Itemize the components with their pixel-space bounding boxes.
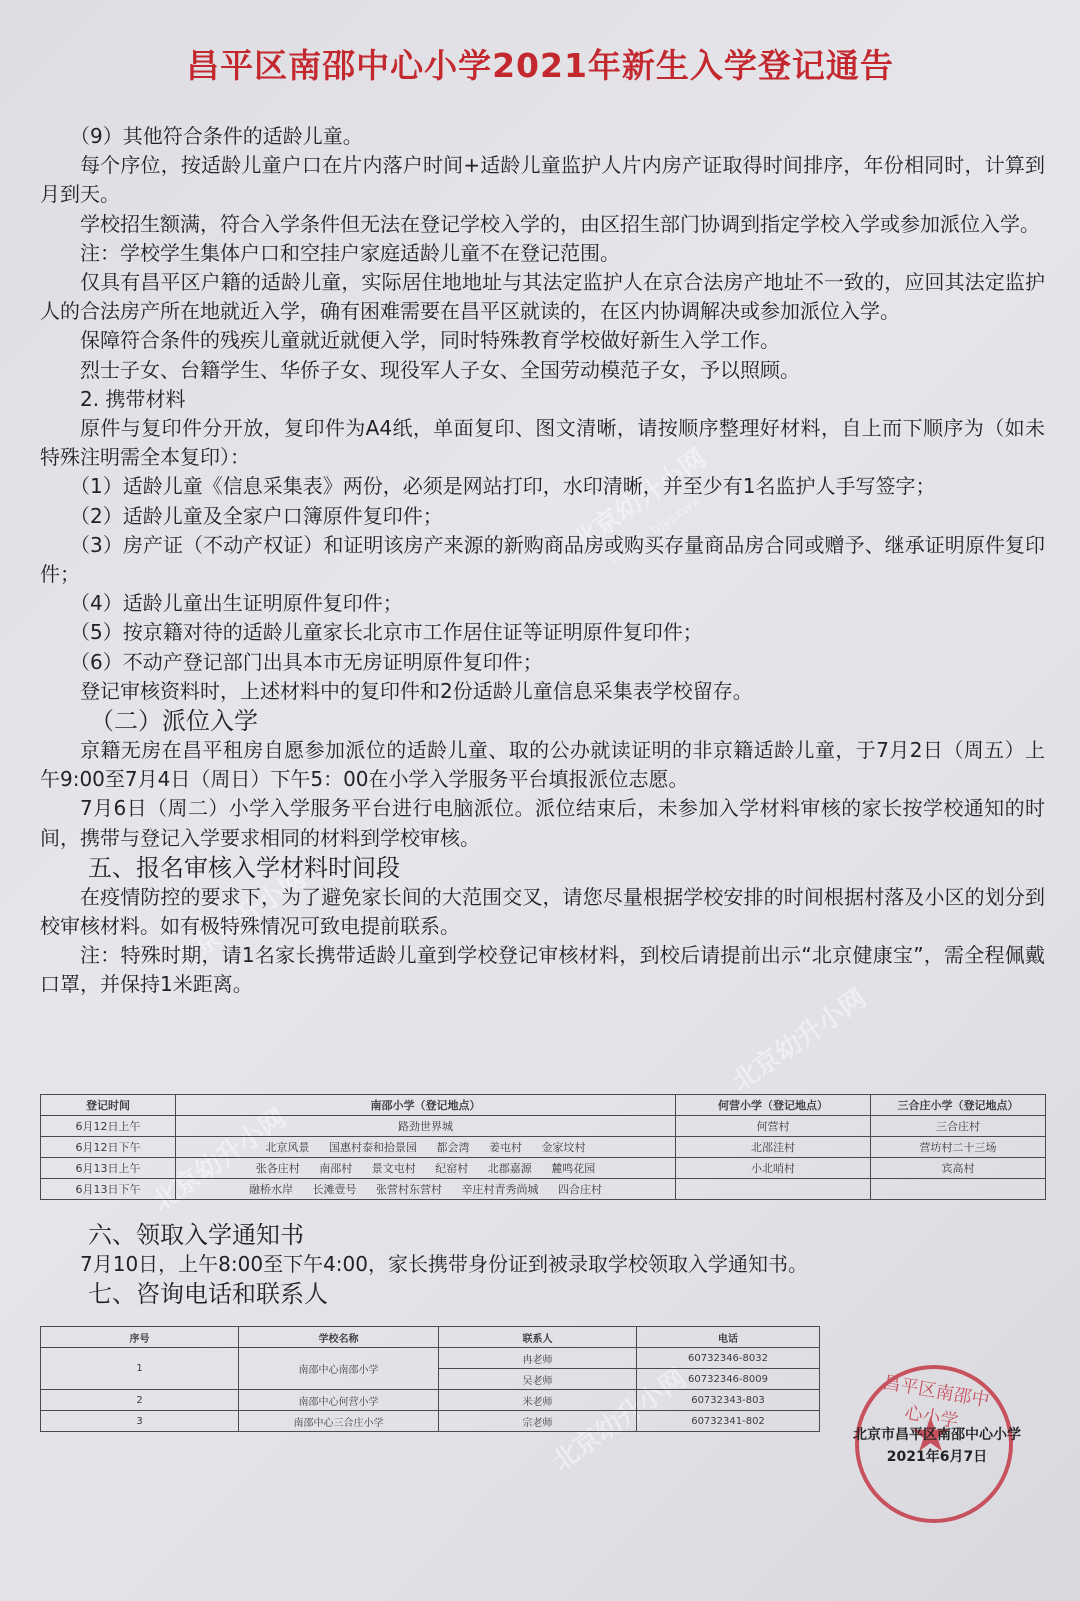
paragraph: 登记审核资料时，上述材料中的复印件和2份适龄儿童信息采集表学校留存。 xyxy=(40,677,1045,706)
column-header: 何营小学（登记地点） xyxy=(676,1095,871,1116)
subheading: 2. 携带材料 xyxy=(40,385,1045,414)
table-row: 6月12日上午 路劲世界城 何营村 三合庄村 xyxy=(41,1116,1046,1137)
table-header-row: 登记时间 南邵小学（登记地点） 何营小学（登记地点） 三合庄小学（登记地点） xyxy=(41,1095,1046,1116)
place: 辛庄村青秀尚城 xyxy=(462,1183,539,1196)
table-header-row: 序号 学校名称 联系人 电话 xyxy=(41,1327,820,1348)
cell-no: 3 xyxy=(41,1411,239,1432)
cell-school: 南邵中心南邵小学 xyxy=(239,1348,439,1390)
cell-time: 6月12日上午 xyxy=(41,1116,176,1137)
place: 长滩壹号 xyxy=(313,1183,357,1196)
place: 南邵村 xyxy=(319,1162,352,1175)
place: 国惠村泰和拾景园 xyxy=(329,1141,417,1154)
contact-table: 序号 学校名称 联系人 电话 1 南邵中心南邵小学 冉老师 60732346-8… xyxy=(40,1326,820,1432)
document-title: 昌平区南邵中心小学2021年新生入学登记通告 xyxy=(0,40,1080,87)
table-row: 6月13日上午 张各庄村 南邵村 景文屯村 纪窑村 北郡嘉源 麓鸣花园 小北哨村… xyxy=(41,1158,1046,1179)
list-item: （2）适龄儿童及全家户口簿原件复印件； xyxy=(40,502,1045,531)
cell-phone: 60732346-8009 xyxy=(637,1369,820,1390)
cell-heying xyxy=(676,1179,871,1200)
column-header: 电话 xyxy=(637,1327,820,1348)
column-header: 联系人 xyxy=(439,1327,637,1348)
paragraph: 学校招生额满，符合入学条件但无法在登记学校入学的，由区招生部门协调到指定学校入学… xyxy=(40,210,1045,239)
cell-nanshao: 融桥水岸 长滩壹号 张营村东营村 辛庄村青秀尚城 四合庄村 xyxy=(176,1179,676,1200)
body-text: （9）其他符合条件的适龄儿童。 每个序位，按适龄儿童户口在片内落户时间+适龄儿童… xyxy=(40,122,1045,1000)
place: 张营村东营村 xyxy=(376,1183,442,1196)
place: 北郡嘉源 xyxy=(488,1162,532,1175)
table-row: 6月13日下午 融桥水岸 长滩壹号 张营村东营村 辛庄村青秀尚城 四合庄村 xyxy=(41,1179,1046,1200)
table-row: 1 南邵中心南邵小学 冉老师 60732346-8032 xyxy=(41,1348,820,1369)
place: 姜屯村 xyxy=(489,1141,522,1154)
place: 四合庄村 xyxy=(558,1183,602,1196)
paragraph: 烈士子女、台籍学生、华侨子女、现役军人子女、全国劳动模范子女，予以照顾。 xyxy=(40,356,1045,385)
cell-sanhezhuang: 营坊村二十三场 xyxy=(871,1137,1046,1158)
place: 金家坟村 xyxy=(542,1141,586,1154)
paragraph: 原件与复印件分开放，复印件为A4纸，单面复印、图文清晰，请按顺序整理好材料，自上… xyxy=(40,414,1045,472)
cell-sanhezhuang xyxy=(871,1179,1046,1200)
list-item: （5）按京籍对待的适龄儿童家长北京市工作居住证等证明原件复印件； xyxy=(40,618,1045,647)
place: 北京风景 xyxy=(266,1141,310,1154)
place: 麓鸣花园 xyxy=(551,1162,595,1175)
signature-org: 北京市昌平区南邵中心小学 xyxy=(832,1424,1042,1446)
section-heading: 七、咨询电话和联系人 xyxy=(40,1279,1045,1309)
signature-block: 北京市昌平区南邵中心小学 2021年6月7日 xyxy=(832,1424,1042,1468)
list-item: （1）适龄儿童《信息采集表》两份，必须是网站打印，水印清晰，并至少有1名监护人手… xyxy=(40,472,1045,501)
cell-time: 6月12日下午 xyxy=(41,1137,176,1158)
place: 都会湾 xyxy=(437,1141,470,1154)
paragraph: 注：学校学生集体户口和空挂户家庭适龄儿童不在登记范围。 xyxy=(40,239,1045,268)
cell-heying: 北邵洼村 xyxy=(676,1137,871,1158)
section-6: 六、领取入学通知书 7月10日，上午8:00至下午4:00，家长携带身份证到被录… xyxy=(40,1220,1045,1309)
cell-phone: 60732343-803 xyxy=(637,1390,820,1411)
cell-no: 1 xyxy=(41,1348,239,1390)
column-header: 序号 xyxy=(41,1327,239,1348)
place: 路劲世界城 xyxy=(398,1120,453,1133)
cell-time: 6月13日上午 xyxy=(41,1158,176,1179)
place: 张各庄村 xyxy=(256,1162,300,1175)
paragraph: 每个序位，按适龄儿童户口在片内落户时间+适龄儿童监护人片内房产证取得时间排序，年… xyxy=(40,151,1045,209)
table-row: 2 南邵中心何营小学 米老师 60732343-803 xyxy=(41,1390,820,1411)
table-row: 3 南邵中心三合庄小学 宗老师 60732341-802 xyxy=(41,1411,820,1432)
list-item: （6）不动产登记部门出具本市无房证明原件复印件； xyxy=(40,648,1045,677)
cell-contact: 吴老师 xyxy=(439,1369,637,1390)
cell-phone: 60732341-802 xyxy=(637,1411,820,1432)
cell-sanhezhuang: 三合庄村 xyxy=(871,1116,1046,1137)
paragraph: 7月10日，上午8:00至下午4:00，家长携带身份证到被录取学校领取入学通知书… xyxy=(40,1250,1045,1279)
column-header: 学校名称 xyxy=(239,1327,439,1348)
cell-heying: 何营村 xyxy=(676,1116,871,1137)
paragraph: 保障符合条件的残疾儿童就近就便入学，同时特殊教育学校做好新生入学工作。 xyxy=(40,326,1045,355)
column-header: 南邵小学（登记地点） xyxy=(176,1095,676,1116)
cell-nanshao: 北京风景 国惠村泰和拾景园 都会湾 姜屯村 金家坟村 xyxy=(176,1137,676,1158)
registration-schedule-table: 登记时间 南邵小学（登记地点） 何营小学（登记地点） 三合庄小学（登记地点） 6… xyxy=(40,1094,1046,1200)
cell-contact: 米老师 xyxy=(439,1390,637,1411)
notice-page: 北京幼升小网 微信号: bjysxwx 北京幼升小网 北京幼升小网 北京幼升小网… xyxy=(0,0,1080,1601)
cell-nanshao: 路劲世界城 xyxy=(176,1116,676,1137)
section-heading: 六、领取入学通知书 xyxy=(40,1220,1045,1250)
column-header: 三合庄小学（登记地点） xyxy=(871,1095,1046,1116)
paragraph: 注：特殊时期，请1名家长携带适龄儿童到学校登记审核材料，到校后请提前出示“北京健… xyxy=(40,941,1045,999)
column-header: 登记时间 xyxy=(41,1095,176,1116)
cell-contact: 宗老师 xyxy=(439,1411,637,1432)
cell-school: 南邵中心三合庄小学 xyxy=(239,1411,439,1432)
paragraph: （9）其他符合条件的适龄儿童。 xyxy=(40,122,1045,151)
section-heading: 五、报名审核入学材料时间段 xyxy=(40,853,1045,883)
paragraph: 7月6日（周二）小学入学服务平台进行电脑派位。派位结束后，未参加入学材料审核的家… xyxy=(40,794,1045,852)
paragraph: 仅具有昌平区户籍的适龄儿童，实际居住地地址与其法定监护人在京合法房产地址不一致的… xyxy=(40,268,1045,326)
place: 景文屯村 xyxy=(372,1162,416,1175)
cell-no: 2 xyxy=(41,1390,239,1411)
section-heading: （二）派位入学 xyxy=(40,706,1045,736)
list-item: （4）适龄儿童出生证明原件复印件； xyxy=(40,589,1045,618)
cell-time: 6月13日下午 xyxy=(41,1179,176,1200)
place: 融桥水岸 xyxy=(249,1183,293,1196)
cell-phone: 60732346-8032 xyxy=(637,1348,820,1369)
paragraph: 在疫情防控的要求下，为了避免家长间的大范围交叉，请您尽量根据学校安排的时间根据村… xyxy=(40,883,1045,941)
place: 纪窑村 xyxy=(435,1162,468,1175)
paragraph: 京籍无房在昌平租房自愿参加派位的适龄儿童、取的公办就读证明的非京籍适龄儿童，于7… xyxy=(40,736,1045,794)
cell-contact: 冉老师 xyxy=(439,1348,637,1369)
cell-school: 南邵中心何营小学 xyxy=(239,1390,439,1411)
cell-sanhezhuang: 宾高村 xyxy=(871,1158,1046,1179)
table-row: 6月12日下午 北京风景 国惠村泰和拾景园 都会湾 姜屯村 金家坟村 北邵洼村 … xyxy=(41,1137,1046,1158)
cell-nanshao: 张各庄村 南邵村 景文屯村 纪窑村 北郡嘉源 麓鸣花园 xyxy=(176,1158,676,1179)
list-item: （3）房产证（不动产权证）和证明该房产来源的新购商品房或购买存量商品房合同或赠予… xyxy=(40,531,1045,589)
signature-date: 2021年6月7日 xyxy=(832,1446,1042,1468)
cell-heying: 小北哨村 xyxy=(676,1158,871,1179)
